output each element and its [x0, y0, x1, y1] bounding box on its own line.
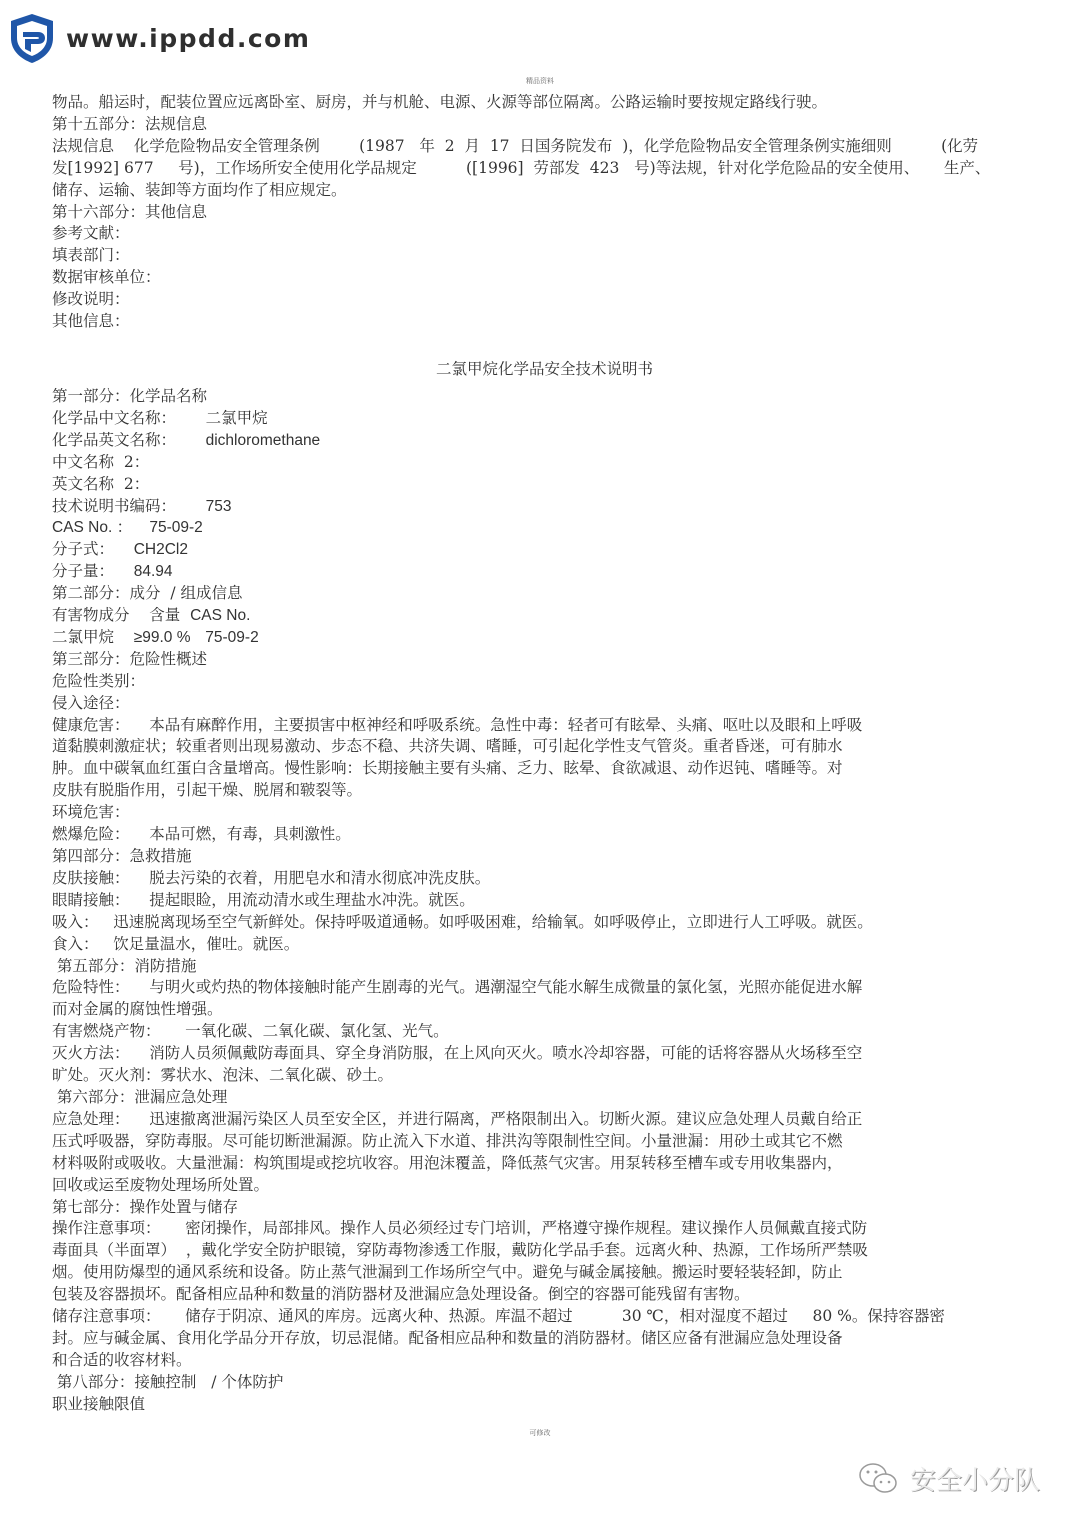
watermark-text: 安全小分队: [910, 1460, 1040, 1497]
fire-line: 有害燃烧产物： 一氧化碳、二氧化碳、氯化氢、光气。: [52, 1021, 1037, 1043]
handling-line: 烟。使用防爆型的通风系统和设备。防止蒸气泄漏到工作场所空气中。避免与碱金属接触。…: [52, 1262, 1037, 1284]
part1-heading: 第一部分：化学品名称: [52, 386, 1037, 408]
field-formula: 分子式： CH2Cl2: [52, 539, 1037, 561]
fire-line: 而对金属的腐蚀性增强。: [52, 999, 1037, 1021]
part2-heading: 第二部分：成分 / 组成信息: [52, 583, 1037, 605]
field-env-hazard: 环境危害：: [52, 802, 1037, 824]
health-hazard-line: 道黏膜刺激症状；较重者则出现易激动、步态不稳、共济失调、嗜睡，可引起化学性支气管…: [52, 736, 1037, 758]
field-molecular-weight: 分子量： 84.94: [52, 561, 1037, 583]
first-aid-ingestion: 食入： 饮足量温水，催吐。就医。: [52, 934, 1037, 956]
handling-line: 包装及容器损坏。配备相应品种和数量的消防器材及泄漏应急处理设备。倒空的容器可能残…: [52, 1284, 1037, 1306]
part7-heading: 第七部分：操作处置与储存: [52, 1197, 1037, 1219]
field-revision-notes: 修改说明：: [52, 289, 1037, 311]
field-hazard-category: 危险性类别：: [52, 671, 1037, 693]
first-aid-skin: 皮肤接触： 脱去污染的衣着，用肥皂水和清水彻底冲洗皮肤。: [52, 868, 1037, 890]
health-hazard-line: 肿。血中碳氧血红蛋白含量增高。慢性影响：长期接触主要有头痛、乏力、眩晕、食欲减退…: [52, 758, 1037, 780]
handling-line: 毒面具（半面罩） ，戴化学安全防护眼镜，穿防毒物渗透工作服，戴防化学品手套。远离…: [52, 1240, 1037, 1262]
spill-line: 材料吸附或吸收。大量泄漏：构筑围堤或挖坑收容。用泡沫覆盖，降低蒸气灾害。用泵转移…: [52, 1153, 1037, 1175]
field-data-review-unit: 数据审核单位：: [52, 267, 1037, 289]
first-aid-eyes: 眼睛接触： 提起眼睑，用流动清水或生理盐水冲洗。就医。: [52, 890, 1037, 912]
site-header: www.ippdd.com: [8, 10, 310, 66]
field-cn-name: 化学品中文名称： 二氯甲烷: [52, 408, 1037, 430]
field-explosion-hazard: 燃爆危险： 本品可燃，有毒，具刺激性。: [52, 824, 1037, 846]
storage-line: 封。应与碱金属、食用化学品分开存放，切忌混储。配备相应品种和数量的消防器材。储区…: [52, 1328, 1037, 1350]
field-en-name: 化学品英文名称： dichloromethane: [52, 430, 1037, 452]
handling-line: 操作注意事项： 密闭操作，局部排风。操作人员必须经过专门培训，严格遵守操作规程。…: [52, 1218, 1037, 1240]
field-entry-route: 侵入途径：: [52, 693, 1037, 715]
page-mark-top: 精品资料: [0, 76, 1080, 86]
regulation-line: 法规信息 化学危险物品安全管理条例 (1987 年 2 月 17 日国务院发布 …: [52, 136, 1037, 158]
part16-heading: 第十六部分：其他信息: [52, 202, 1037, 224]
regulation-line: 储存、运输、装卸等方面均作了相应规定。: [52, 180, 1037, 202]
health-hazard-line: 皮肤有脱脂作用，引起干燥、脱屑和皲裂等。: [52, 780, 1037, 802]
field-department: 填表部门：: [52, 245, 1037, 267]
field-spec-code: 技术说明书编码： 753: [52, 496, 1037, 518]
field-references: 参考文献：: [52, 223, 1037, 245]
document-body: 物品。船运时，配装位置应远离卧室、厨房，并与机舱、电源、火源等部位隔离。公路运输…: [52, 92, 1037, 1416]
fire-line: 旷处。灭火剂：雾状水、泡沫、二氧化碳、砂土。: [52, 1065, 1037, 1087]
part6-heading: 第六部分：泄漏应急处理: [52, 1087, 1037, 1109]
document-title: 二氯甲烷化学品安全技术说明书: [52, 358, 1037, 380]
spill-line: 回收或运至废物处理场所处置。: [52, 1175, 1037, 1197]
regulation-line: 发[1992] 677 号)，工作场所安全使用化学品规定 ([1996] 劳部发…: [52, 158, 1037, 180]
field-en-name-2: 英文名称 2：: [52, 474, 1037, 496]
health-hazard-line: 健康危害： 本品有麻醉作用，主要损害中枢神经和呼吸系统。急性中毒：轻者可有眩晕、…: [52, 715, 1037, 737]
field-cn-name-2: 中文名称 2：: [52, 452, 1037, 474]
exposure-limit-label: 职业接触限值: [52, 1394, 1037, 1416]
site-url[interactable]: www.ippdd.com: [66, 24, 310, 53]
field-other-info: 其他信息：: [52, 311, 1037, 333]
composition-row: 二氯甲烷 ≥99.0 % 75-09-2: [52, 627, 1037, 649]
shield-logo-icon: [8, 12, 56, 64]
part8-heading: 第八部分：接触控制 / 个体防护: [52, 1372, 1037, 1394]
part15-heading: 第十五部分：法规信息: [52, 114, 1037, 136]
page-mark-bottom: 可修改: [0, 1428, 1080, 1438]
part5-heading: 第五部分：消防措施: [52, 956, 1037, 978]
field-cas-no: CAS No. ： 75-09-2: [52, 517, 1037, 539]
wechat-icon: [858, 1462, 900, 1496]
spill-line: 应急处理： 迅速撤离泄漏污染区人员至安全区，并进行隔离，严格限制出入。切断火源。…: [52, 1109, 1037, 1131]
fire-line: 危险特性： 与明火或灼热的物体接触时能产生剧毒的光气。遇潮湿空气能水解生成微量的…: [52, 977, 1037, 999]
part3-heading: 第三部分：危险性概述: [52, 649, 1037, 671]
spill-line: 压式呼吸器，穿防毒服。尽可能切断泄漏源。防止流入下水道、排洪沟等限制性空间。小量…: [52, 1131, 1037, 1153]
fire-line: 灭火方法： 消防人员须佩戴防毒面具、穿全身消防服，在上风向灭火。喷水冷却容器，可…: [52, 1043, 1037, 1065]
part4-heading: 第四部分：急救措施: [52, 846, 1037, 868]
composition-header: 有害物成分 含量 CAS No.: [52, 605, 1037, 627]
storage-line: 和合适的收容材料。: [52, 1350, 1037, 1372]
continuation-text: 物品。船运时，配装位置应远离卧室、厨房，并与机舱、电源、火源等部位隔离。公路运输…: [52, 92, 1037, 114]
wechat-watermark: 安全小分队: [858, 1460, 1040, 1497]
storage-line: 储存注意事项： 储存于阴凉、通风的库房。远离火种、热源。库温不超过 30 ℃，相…: [52, 1306, 1037, 1328]
first-aid-inhalation: 吸入： 迅速脱离现场至空气新鲜处。保持呼吸道通畅。如呼吸困难，给输氧。如呼吸停止…: [52, 912, 1037, 934]
